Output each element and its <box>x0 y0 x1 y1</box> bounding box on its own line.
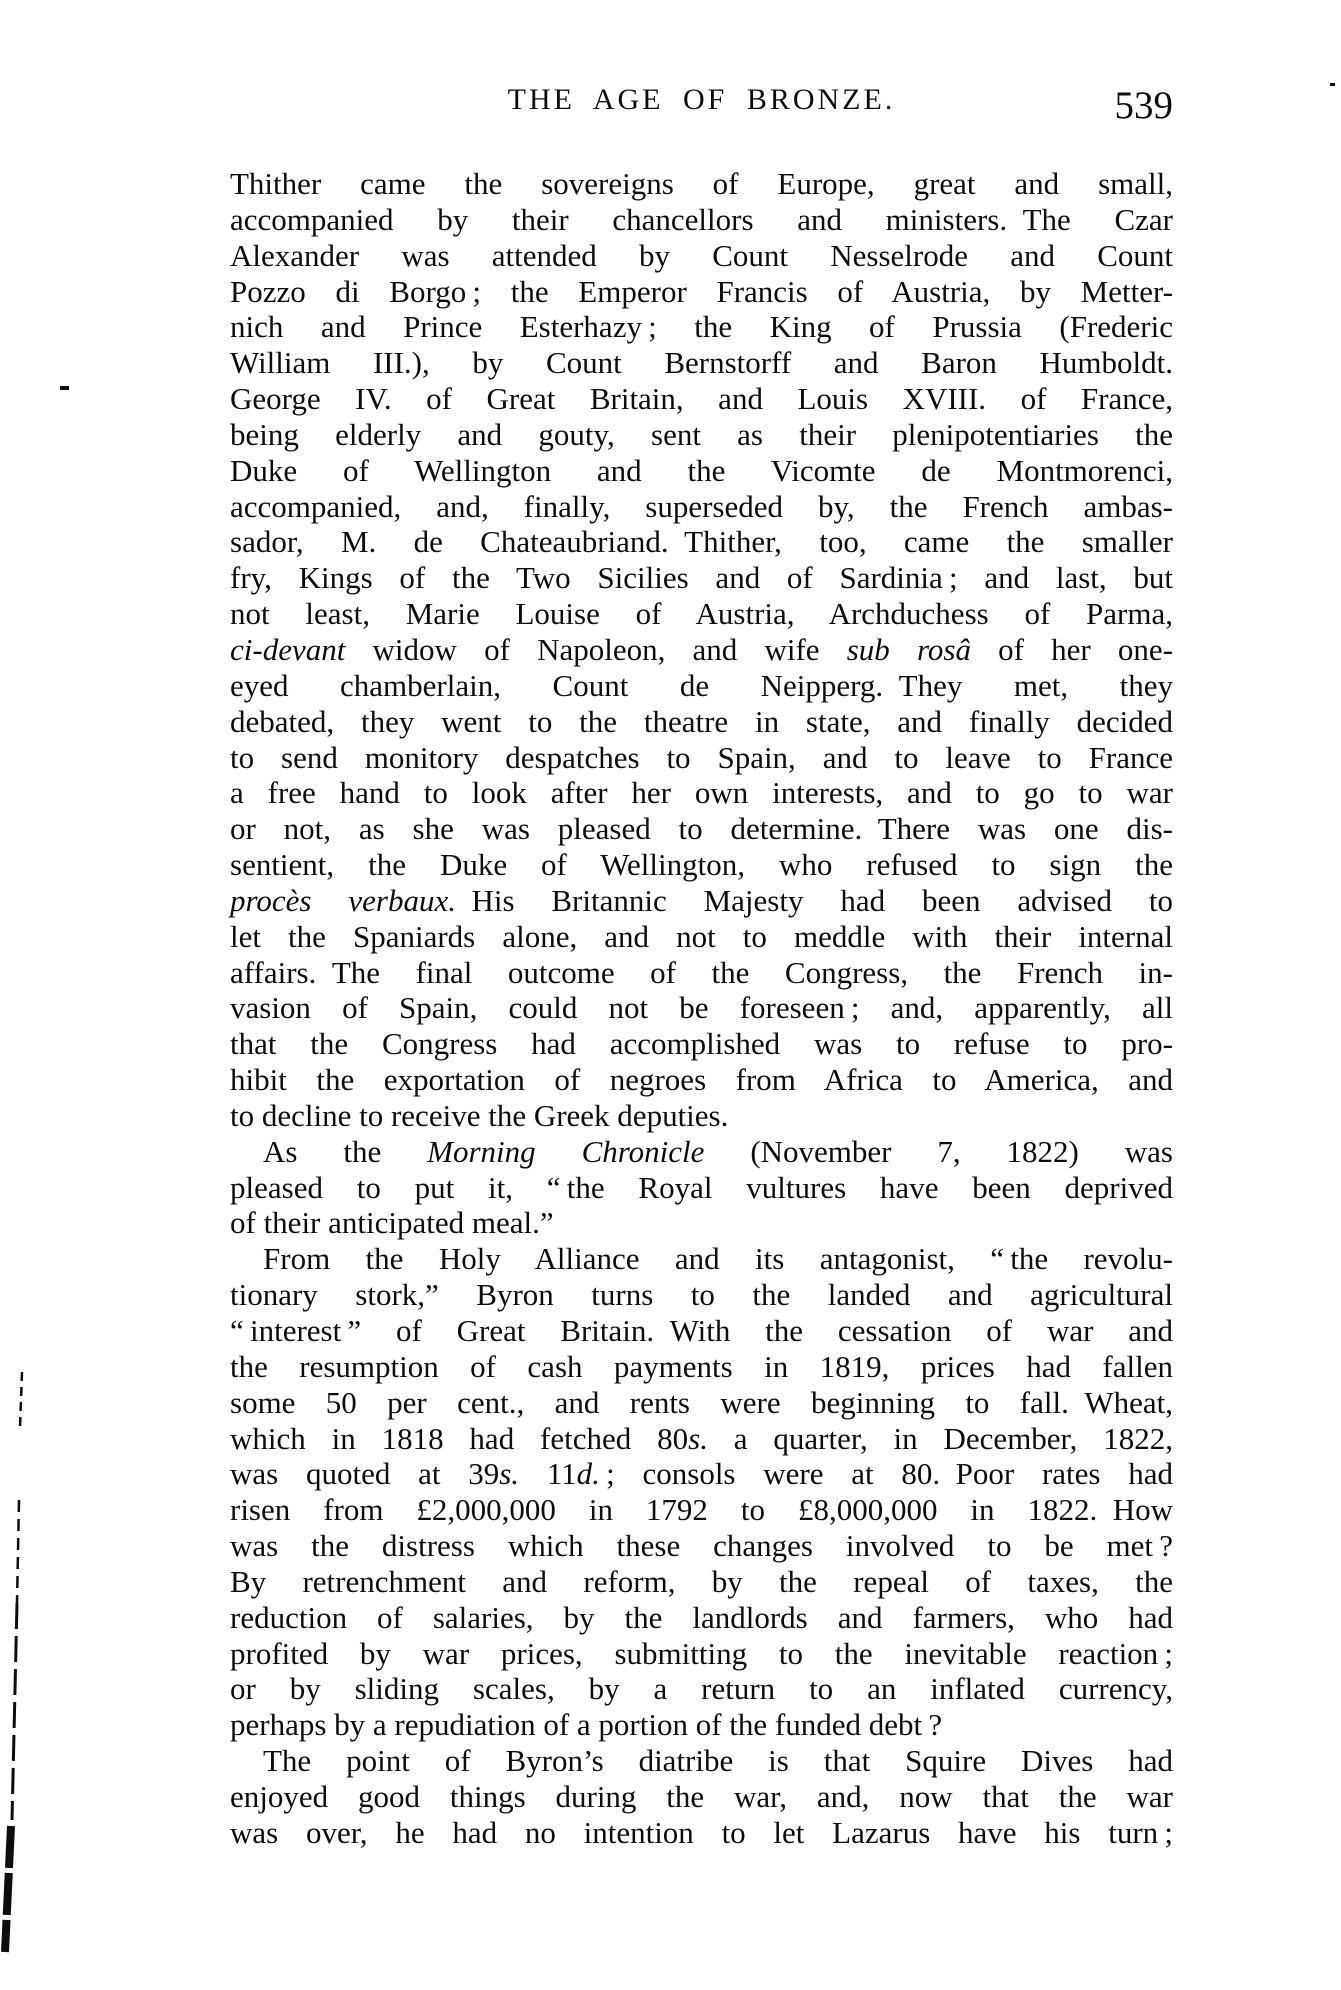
text-line: or not, as she was pleased to determine.… <box>230 811 1173 847</box>
text-column: Thither came the sovereigns of Europe, g… <box>230 166 1173 1851</box>
text-line: perhaps by a repudiation of a portion of… <box>230 1707 1173 1743</box>
text-line: accompanied by their chancellors and min… <box>230 202 1173 238</box>
text-line: or by sliding scales, by a return to an … <box>230 1671 1173 1707</box>
text-line: being elderly and gouty, sent as their p… <box>230 417 1173 453</box>
text-line: risen from £2,000,000 in 1792 to £8,000,… <box>230 1492 1173 1528</box>
text-line: William III.), by Count Bernstorff and B… <box>230 345 1173 381</box>
text-line: As the Morning Chronicle (November 7, 18… <box>230 1134 1173 1170</box>
text-line: By retrenchment and reform, by the repea… <box>230 1564 1173 1600</box>
text-line: accompanied, and, finally, superseded by… <box>230 489 1173 525</box>
text-line: was quoted at 39s. 11d. ; consols were a… <box>230 1456 1173 1492</box>
text-line: was the distress which these changes inv… <box>230 1528 1173 1564</box>
text-line: debated, they went to the theatre in sta… <box>230 704 1173 740</box>
text-line: was over, he had no intention to let Laz… <box>230 1815 1173 1851</box>
text-line: fry, Kings of the Two Sicilies and of Sa… <box>230 560 1173 596</box>
text-line: sentient, the Duke of Wellington, who re… <box>230 847 1173 883</box>
text-line: Duke of Wellington and the Vicomte de Mo… <box>230 453 1173 489</box>
text-line: enjoyed good things during the war, and,… <box>230 1779 1173 1815</box>
text-line: to send monitory despatches to Spain, an… <box>230 740 1173 776</box>
text-line: a free hand to look after her own intere… <box>230 775 1173 811</box>
text-line: Alexander was attended by Count Nesselro… <box>230 238 1173 274</box>
text-line: Pozzo di Borgo ; the Emperor Francis of … <box>230 274 1173 310</box>
text-line: “ interest ” of Great Britain. With the … <box>230 1313 1173 1349</box>
text-line: nich and Prince Esterhazy ; the King of … <box>230 309 1173 345</box>
page-header-title: THE AGE OF BRONZE. <box>230 85 1173 115</box>
text-line: not least, Marie Louise of Austria, Arch… <box>230 596 1173 632</box>
text-line: ci-devant widow of Napoleon, and wife su… <box>230 632 1173 668</box>
text-line: which in 1818 had fetched 80s. a quarter… <box>230 1421 1173 1457</box>
text-line: procès verbaux. His Britannic Majesty ha… <box>230 883 1173 919</box>
text-line: of their anticipated meal.” <box>230 1205 1173 1241</box>
text-line: to decline to receive the Greek deputies… <box>230 1098 1173 1134</box>
text-line: some 50 per cent., and rents were beginn… <box>230 1385 1173 1421</box>
text-line: hibit the exportation of negroes from Af… <box>230 1062 1173 1098</box>
text-line: pleased to put it, “ the Royal vultures … <box>230 1170 1173 1206</box>
text-line: affairs. The final outcome of the Congre… <box>230 955 1173 991</box>
text-line: sador, M. de Chateaubriand. Thither, too… <box>230 524 1173 560</box>
text-line: profited by war prices, submitting to th… <box>230 1636 1173 1672</box>
scan-artifact-margin-line <box>0 1360 30 1980</box>
text-line: tionary stork,” Byron turns to the lande… <box>230 1277 1173 1313</box>
scan-artifact-dash <box>60 386 69 390</box>
text-line: reduction of salaries, by the landlords … <box>230 1600 1173 1636</box>
text-line: The point of Byron’s diatribe is that Sq… <box>230 1743 1173 1779</box>
text-line: Thither came the sovereigns of Europe, g… <box>230 166 1173 202</box>
scan-artifact-speck <box>1330 83 1335 86</box>
text-line: that the Congress had accomplished was t… <box>230 1026 1173 1062</box>
text-line: eyed chamberlain, Count de Neipperg. The… <box>230 668 1173 704</box>
text-line: From the Holy Alliance and its antagonis… <box>230 1241 1173 1277</box>
text-line: let the Spaniards alone, and not to medd… <box>230 919 1173 955</box>
page-number: 539 <box>1058 86 1173 125</box>
text-line: George IV. of Great Britain, and Louis X… <box>230 381 1173 417</box>
text-line: the resumption of cash payments in 1819,… <box>230 1349 1173 1385</box>
text-line: vasion of Spain, could not be foreseen ;… <box>230 990 1173 1026</box>
